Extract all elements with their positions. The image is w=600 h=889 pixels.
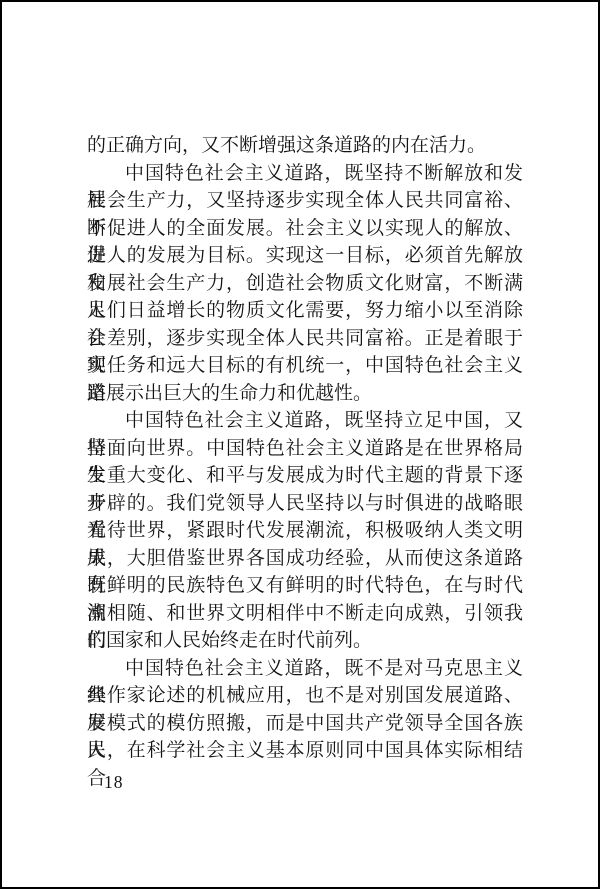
- text-line: 社会生产力，又坚持逐步实现全体人民共同富裕、不: [87, 187, 523, 215]
- text-line: 生重大变化、和平与发展成为时代主题的背景下逐步: [87, 462, 523, 490]
- text-line: 展模式的模仿照搬，而是中国共产党领导全国各族人: [87, 710, 523, 738]
- page-number: 18: [104, 770, 124, 794]
- text-line: 持面向世界。中国特色社会主义道路是在世界格局发: [87, 435, 523, 463]
- text-line: 路展示出巨大的生命力和优越性。: [87, 380, 523, 408]
- text-line: 典作家论述的机械应用，也不是对别国发展道路、发: [87, 682, 523, 710]
- text-line: 流相随、和世界文明相伴中不断走向成熟，引领我们: [87, 600, 523, 628]
- text-line: 会差别，逐步实现全体人民共同富裕。正是着眼于现: [87, 325, 523, 353]
- text-line: 发展社会生产力，创造社会物质文化财富，不断满足: [87, 270, 523, 298]
- text-line: 看待世界，紧跟时代发展潮流，积极吸纳人类文明成: [87, 517, 523, 545]
- text-line: 中国特色社会主义道路，既不是对马克思主义经: [87, 655, 523, 683]
- text-line: 有鲜明的民族特色又有鲜明的时代特色，在与时代潮: [87, 572, 523, 600]
- text-line: 果，大胆借鉴世界各国成功经验，从而使这条道路既: [87, 545, 523, 573]
- body-text-block: 的正确方向，又不断增强这条道路的内在活力。中国特色社会主义道路，既坚持不断解放和…: [87, 132, 523, 765]
- text-line: 开辟的。我们党领导人民坚持以与时俱进的战略眼光: [87, 490, 523, 518]
- text-line: 的国家和人民始终走在时代前列。: [87, 627, 523, 655]
- text-line: 人们日益增长的物质文化需要，努力缩小以至消除社: [87, 297, 523, 325]
- text-line: 中国特色社会主义道路，既坚持立足中国，又坚: [87, 407, 523, 435]
- text-line: 民，在科学社会主义基本原则同中国具体实际相结合: [87, 737, 523, 765]
- text-line: 的正确方向，又不断增强这条道路的内在活力。: [87, 132, 523, 160]
- text-line: 断促进人的全面发展。社会主义以实现人的解放、促: [87, 215, 523, 243]
- text-line: 进人的发展为目标。实现这一目标，必须首先解放和: [87, 242, 523, 270]
- text-line: 中国特色社会主义道路，既坚持不断解放和发展: [87, 160, 523, 188]
- book-page: 的正确方向，又不断增强这条道路的内在活力。中国特色社会主义道路，既坚持不断解放和…: [0, 0, 600, 889]
- text-line: 实任务和远大目标的有机统一，中国特色社会主义道: [87, 352, 523, 380]
